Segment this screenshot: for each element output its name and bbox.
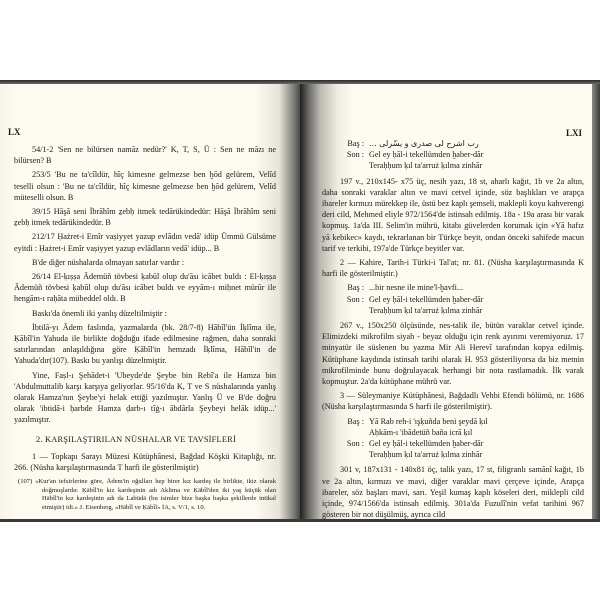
right-page: LXI Baş : رب اشرح لی صدری و یسّرلی ... S… <box>300 84 592 519</box>
section-heading: 2. KARŞILAŞTIRILAN NÜSHALAR VE TAVSİFLER… <box>36 434 276 445</box>
book-bottom-edge <box>0 519 600 522</box>
book-right-edge <box>592 84 600 519</box>
verse-line: Yā Rab reh-i 'ışḳuñda beni şeydā ḳıl <box>369 416 584 427</box>
paragraph: 3 — Süleymaniye Kütüphānesi, Bağdadlı Ve… <box>322 390 584 412</box>
verse-label: Baş : <box>322 282 369 293</box>
paragraph: Baskı'da önemli iki yanlış düzeltilmişti… <box>14 308 276 319</box>
paragraph: 26/14 El-ḳıṣṣa Ādemüñ tövbesi ḳabūl olup… <box>14 271 276 305</box>
verse-line: Teraḥḥum ḳıl ta'arruż ḳılma zinhār <box>369 449 584 460</box>
page-number-left: LX <box>8 127 21 137</box>
paragraph: 212/17 Ḥażret-i Emîr vaṣiyyet yazup evlā… <box>14 231 276 253</box>
paragraph: 253/5 'Bu ne ta'cîldür, hîç kimesne gelm… <box>14 169 276 203</box>
footnote: (107) «Kur'an tefsirlerine göre, Ādem'in… <box>14 478 276 512</box>
paragraph: Yine, Faṣl-ı Şehādet-i 'Ubeyde'de Şeybe … <box>14 370 276 426</box>
paragraph: 301 v, 187x131 - 140x81 öç, talik yazı, … <box>322 464 584 519</box>
verse-label: Son : <box>322 438 369 460</box>
verse-block: Baş : Yā Rab reh-i 'ışḳuñda beni şeydā ḳ… <box>322 416 584 461</box>
verse-label: Baş : <box>322 138 369 149</box>
verse-block: Baş : رب اشرح لی صدری و یسّرلی ... Son :… <box>322 138 584 172</box>
left-page-body: 54/1-2 'Sen ne bilürsen namāz nedür?' K,… <box>14 144 276 513</box>
verse-block: Baş : ...bir nesne ile mine'l-ḫavfi... S… <box>322 282 584 316</box>
left-page: LX 54/1-2 'Sen ne bilürsen namāz nedür?'… <box>0 84 300 519</box>
paragraph: 39/15 Hāşā seni İbrāhîm ẕebḥ itmek tedār… <box>14 206 276 228</box>
paragraph: 197 v., 210x145- x75 üç, nesih yazı, 18 … <box>322 176 584 254</box>
verse-line: Gel ey ḥāl-i tekellümden ḫaber-dār <box>369 294 584 305</box>
verse-line: Aḥkām-ı 'ibādetüñ baña icrā ḳıl <box>369 427 584 438</box>
verse-label: Baş : <box>322 416 369 438</box>
verse-line: Teraḥḥum ḳıl ta'arruż ḳılma zinhār <box>369 160 584 171</box>
page-number-right: LXI <box>566 128 582 138</box>
paragraph: B'de diğer nüshalarda olmayan satırlar v… <box>14 257 276 268</box>
verse-label: Son : <box>322 294 369 316</box>
paragraph: İbtilā-yı Ādem faslında, yazmalarda (bk.… <box>14 322 276 367</box>
paragraph: 2 — Kahire, Tarih-i Türki-i Tal'at; nr. … <box>322 257 584 279</box>
verse-line: Gel ey ḥāl-i tekellümden ḫaber-dār <box>369 149 584 160</box>
verse-line: Gel ey ḥāl-i tekellümden ḫaber-dār <box>369 438 584 449</box>
right-page-body: Baş : رب اشرح لی صدری و یسّرلی ... Son :… <box>322 138 584 519</box>
paragraph: 54/1-2 'Sen ne bilürsen namāz nedür?' K,… <box>14 144 276 166</box>
paragraph: 267 v., 150x250 ölçüsünde, nes-talik ile… <box>322 320 584 387</box>
verse-label: Son : <box>322 149 369 171</box>
verse-line: ...bir nesne ile mine'l-ḫavfi... <box>369 282 584 293</box>
verse-line: رب اشرح لی صدری و یسّرلی ... <box>369 138 479 149</box>
verse-line: Teraḥḥum ḳıl ta'arruż ḳılma zinhār <box>369 305 584 316</box>
open-book: LX 54/1-2 'Sen ne bilürsen namāz nedür?'… <box>0 80 600 522</box>
paragraph: 1 — Topkapı Sarayı Müzesi Kütüphānesi, B… <box>14 451 276 473</box>
